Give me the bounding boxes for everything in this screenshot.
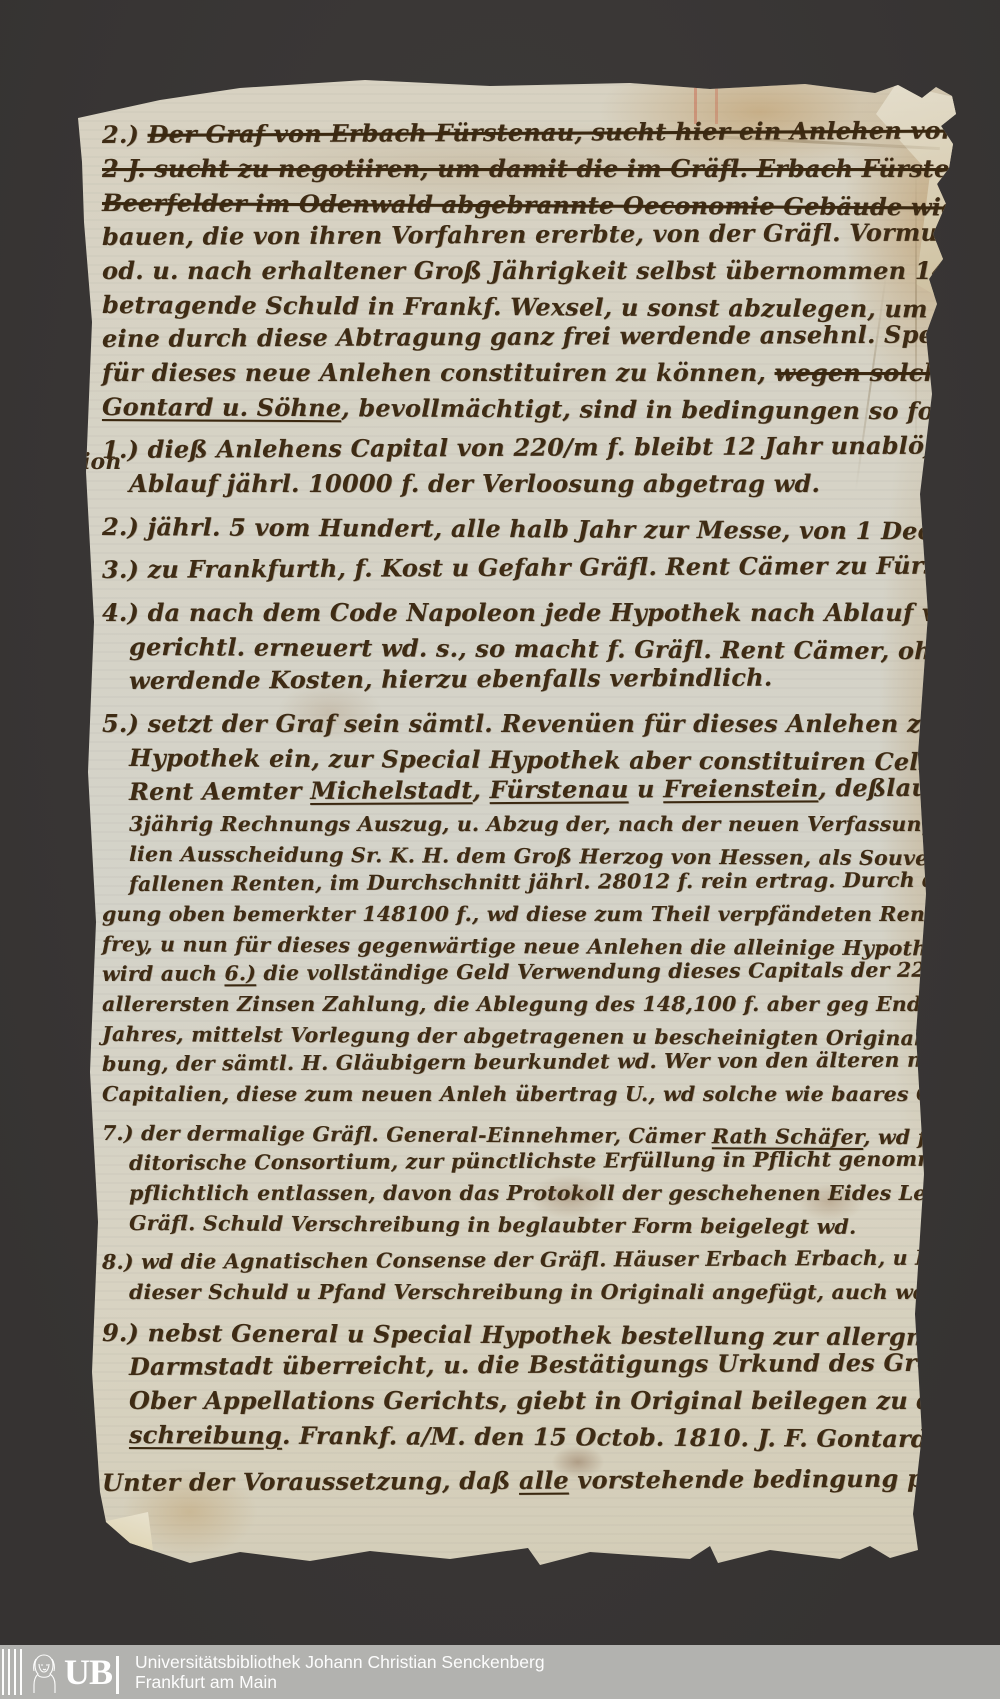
footer-text: Universitätsbibliothek Johann Christian … [135,1652,545,1692]
manuscript-line: allerersten Zinsen Zahlung, die Ablegung… [102,989,904,1019]
manuscript-line: bung, der sämtl. H. Gläubigern beurkunde… [102,1045,904,1079]
manuscript-line: dieser Schuld u Pfand Verschreibung in O… [129,1277,904,1307]
manuscript-line: Gräfl. Schuld Verschreibung in beglaubte… [129,1208,904,1242]
manuscript-line: ditorische Consortium, zur pünctlichste … [129,1144,904,1178]
manuscript-line: wird auch 6.) die vollständige Geld Verw… [102,955,904,989]
manuscript-line: 2.) Der Graf von Erbach Fürstenau, sucht… [102,114,904,152]
manuscript-line: 2 J. sucht zu negotiiren, um damit die i… [102,152,904,186]
manuscript-line: Darmstadt überreicht, u. die Bestätigung… [129,1346,904,1384]
manuscript-line: für dieses neue Anlehen constituiren zu … [102,356,904,390]
manuscript-line: Ober Appellations Gerichts, giebt in Ori… [129,1384,904,1418]
manuscript-line: schreibung. Frankf. a/M. den 15 Octob. 1… [129,1418,904,1456]
manuscript-line: Gontard u. Söhne, bevollmächtigt, sind i… [102,390,904,428]
manuscript-page: 2.) Der Graf von Erbach Fürstenau, sucht… [70,72,962,1580]
manuscript-line: od. u. nach erhaltener Groß Jährigkeit s… [102,254,904,288]
manuscript-line: Capitalien, diese zum neuen Anleh übertr… [102,1079,904,1109]
margin-note: tion [72,449,121,475]
manuscript-line: 8.) wd die Agnatischen Consense der Gräf… [102,1243,904,1277]
manuscript-line: 4.) da nach dem Code Napoleon jede Hypot… [102,596,904,630]
manuscript-line: gung oben bemerkter 148100 f., wd diese … [102,899,904,929]
book-spines-icon [2,1649,24,1695]
manuscript-line: werdende Kosten, hierzu ebenfalls verbin… [129,660,904,698]
manuscript-line: 3.) zu Frankfurth, f. Kost u Gefahr Gräf… [102,549,904,587]
institution-city: Frankfurt am Main [135,1672,545,1692]
manuscript-line: Rent Aemter Michelstadt, Fürstenau u Fre… [129,771,904,809]
manuscript-line: pflichtlich entlassen, davon das Protoko… [129,1178,904,1208]
ub-logo-text: UB [64,1649,112,1695]
senckenberg-portrait-icon [26,1649,62,1695]
manuscript-line: eine durch diese Abtragung ganz frei wer… [102,318,904,356]
manuscript-line: 5.) setzt der Graf sein sämtl. Revenüen … [102,707,904,741]
logo-divider [116,1656,119,1694]
library-logo: UB [2,1648,119,1696]
manuscript: 2.) Der Graf von Erbach Fürstenau, sucht… [70,72,962,1580]
institution-name: Universitätsbibliothek Johann Christian … [135,1652,545,1672]
manuscript-line: Unter der Voraussetzung, daß alle vorste… [102,1462,904,1500]
library-footer-bar: UB Universitätsbibliothek Johann Christi… [0,1645,1000,1699]
manuscript-line: fallenen Renten, im Durchschnitt jährl. … [129,865,904,899]
manuscript-line: Ablauf jährl. 10000 f. der Verloosung ab… [129,467,904,501]
manuscript-line: bauen, die von ihren Vorfahren ererbte, … [102,216,904,254]
manuscript-line: 2.) jährl. 5 vom Hundert, alle halb Jahr… [102,510,904,548]
manuscript-line: 1.) dieß Anlehens Capital von 220/m f. b… [102,429,904,467]
manuscript-line: 3jährig Rechnungs Auszug, u. Abzug der, … [129,809,904,839]
